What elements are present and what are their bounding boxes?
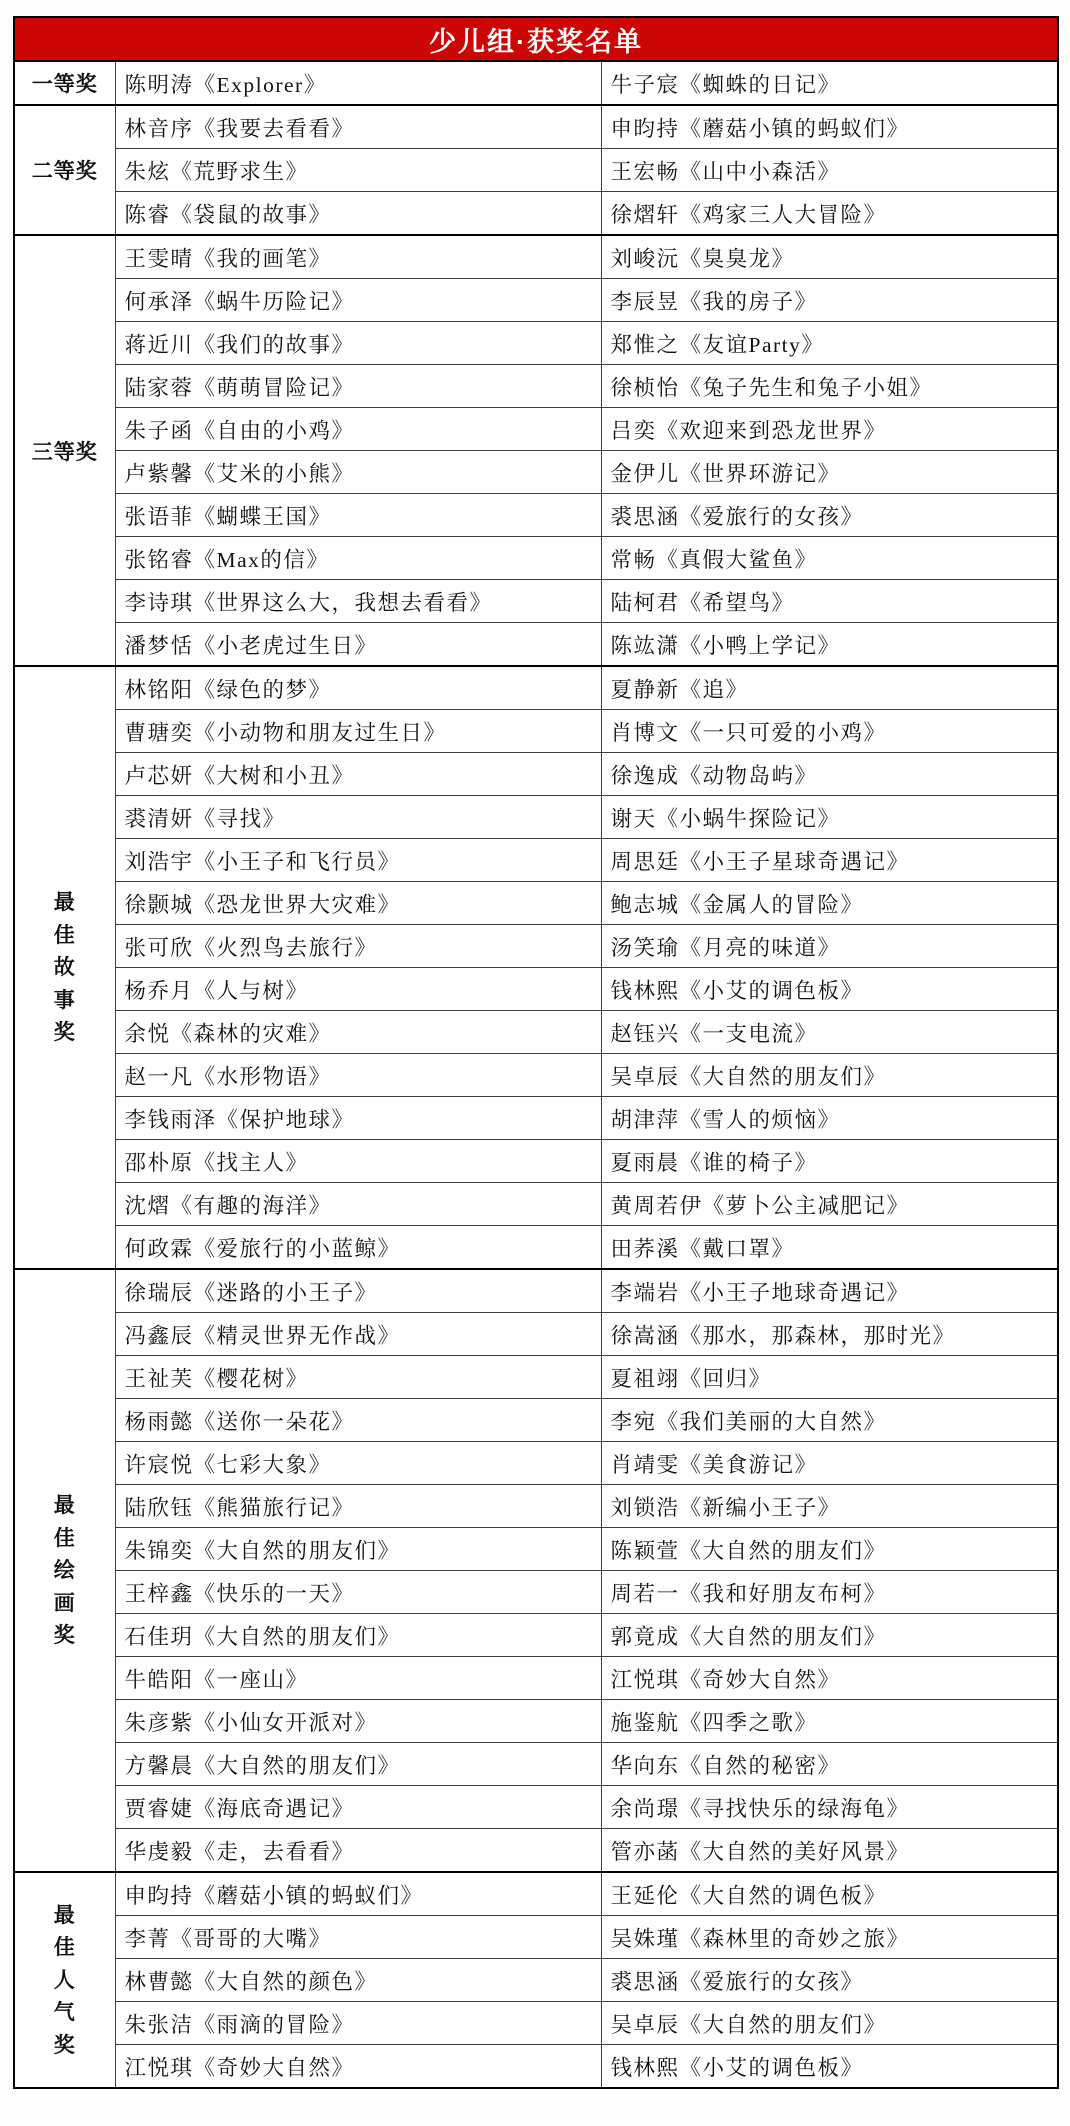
- winner-cell: 牛皓阳《一座山》: [115, 1657, 601, 1700]
- table-row: 余悦《森林的灾难》赵钰兴《一支电流》: [14, 1011, 1058, 1054]
- winner-cell: 胡津萍《雪人的烦恼》: [601, 1097, 1058, 1140]
- award-category-cell: 最佳绘画奖: [14, 1269, 115, 1872]
- winner-cell: 贾睿婕《海底奇遇记》: [115, 1786, 601, 1829]
- winner-cell: 夏祖翊《回归》: [601, 1356, 1058, 1399]
- table-row: 江悦琪《奇妙大自然》钱林熙《小艾的调色板》: [14, 2045, 1058, 2089]
- winner-cell: 王延伦《大自然的调色板》: [601, 1872, 1058, 1916]
- table-row: 朱锦奕《大自然的朋友们》陈颖萱《大自然的朋友们》: [14, 1528, 1058, 1571]
- winner-cell: 王宏畅《山中小森活》: [601, 149, 1058, 192]
- winner-cell: 朱张洁《雨滴的冒险》: [115, 2002, 601, 2045]
- winner-cell: 李诗琪《世界这么大，我想去看看》: [115, 580, 601, 623]
- winner-cell: 华向东《自然的秘密》: [601, 1743, 1058, 1786]
- table-row: 牛皓阳《一座山》江悦琪《奇妙大自然》: [14, 1657, 1058, 1700]
- winner-cell: 江悦琪《奇妙大自然》: [115, 2045, 601, 2089]
- table-row: 卢芯妍《大树和小丑》徐逸成《动物岛屿》: [14, 753, 1058, 796]
- winner-cell: 方馨晨《大自然的朋友们》: [115, 1743, 601, 1786]
- winner-cell: 陈睿《袋鼠的故事》: [115, 192, 601, 236]
- winner-cell: 申昀持《蘑菇小镇的蚂蚁们》: [601, 105, 1058, 149]
- winner-cell: 石佳玥《大自然的朋友们》: [115, 1614, 601, 1657]
- winner-cell: 刘锁浩《新编小王子》: [601, 1485, 1058, 1528]
- winner-cell: 钱林熙《小艾的调色板》: [601, 968, 1058, 1011]
- winner-cell: 余尚璟《寻找快乐的绿海龟》: [601, 1786, 1058, 1829]
- table-row: 最佳故事奖林铭阳《绿色的梦》夏静新《追》: [14, 666, 1058, 710]
- winner-cell: 朱子函《自由的小鸡》: [115, 408, 601, 451]
- winner-cell: 朱锦奕《大自然的朋友们》: [115, 1528, 601, 1571]
- winner-cell: 华虔毅《走，去看看》: [115, 1829, 601, 1873]
- winner-cell: 郑惟之《友谊Party》: [601, 322, 1058, 365]
- winner-cell: 陆家蓉《萌萌冒险记》: [115, 365, 601, 408]
- table-row: 曹瑭奕《小动物和朋友过生日》肖博文《一只可爱的小鸡》: [14, 710, 1058, 753]
- winner-cell: 林音序《我要去看看》: [115, 105, 601, 149]
- table-row: 邵朴原《找主人》夏雨晨《谁的椅子》: [14, 1140, 1058, 1183]
- winner-cell: 刘峻沅《臭臭龙》: [601, 235, 1058, 279]
- winner-cell: 朱炫《荒野求生》: [115, 149, 601, 192]
- table-row: 朱彦紫《小仙女开派对》施鉴航《四季之歌》: [14, 1700, 1058, 1743]
- award-category-cell: 三等奖: [14, 235, 115, 666]
- winner-cell: 牛子宸《蜘蛛的日记》: [601, 61, 1058, 105]
- winner-cell: 李端岩《小王子地球奇遇记》: [601, 1269, 1058, 1313]
- winner-cell: 李辰昱《我的房子》: [601, 279, 1058, 322]
- title-row: 少儿组·获奖名单: [14, 17, 1058, 61]
- winner-cell: 张铭睿《Max的信》: [115, 537, 601, 580]
- table-row: 许宸悦《七彩大象》肖靖雯《美食游记》: [14, 1442, 1058, 1485]
- winner-cell: 夏雨晨《谁的椅子》: [601, 1140, 1058, 1183]
- winner-cell: 周若一《我和好朋友布柯》: [601, 1571, 1058, 1614]
- winner-cell: 徐桢怡《兔子先生和兔子小姐》: [601, 365, 1058, 408]
- table-row: 三等奖王雯晴《我的画笔》刘峻沅《臭臭龙》: [14, 235, 1058, 279]
- award-category-label: 最佳人气奖: [53, 1899, 76, 2062]
- winner-cell: 林铭阳《绿色的梦》: [115, 666, 601, 710]
- table-row: 张铭睿《Max的信》常畅《真假大鲨鱼》: [14, 537, 1058, 580]
- winner-cell: 杨雨懿《送你一朵花》: [115, 1399, 601, 1442]
- winner-cell: 金伊儿《世界环游记》: [601, 451, 1058, 494]
- winner-cell: 管亦菡《大自然的美好风景》: [601, 1829, 1058, 1873]
- winner-cell: 汤笑瑜《月亮的味道》: [601, 925, 1058, 968]
- winner-cell: 陆欣钰《熊猫旅行记》: [115, 1485, 601, 1528]
- winner-cell: 李钱雨泽《保护地球》: [115, 1097, 601, 1140]
- winner-cell: 沈熠《有趣的海洋》: [115, 1183, 601, 1226]
- table-row: 王梓鑫《快乐的一天》周若一《我和好朋友布柯》: [14, 1571, 1058, 1614]
- winner-cell: 黄周若伊《萝卜公主减肥记》: [601, 1183, 1058, 1226]
- winner-cell: 赵钰兴《一支电流》: [601, 1011, 1058, 1054]
- winner-cell: 裘清妍《寻找》: [115, 796, 601, 839]
- award-category-label: 一等奖: [32, 72, 98, 96]
- table-row: 陆家蓉《萌萌冒险记》徐桢怡《兔子先生和兔子小姐》: [14, 365, 1058, 408]
- winner-cell: 陈明涛《Explorer》: [115, 61, 601, 105]
- table-row: 一等奖陈明涛《Explorer》牛子宸《蜘蛛的日记》: [14, 61, 1058, 105]
- winner-cell: 徐逸成《动物岛屿》: [601, 753, 1058, 796]
- winner-cell: 徐颢城《恐龙世界大灾难》: [115, 882, 601, 925]
- award-category-label: 最佳故事奖: [53, 886, 76, 1049]
- table-row: 石佳玥《大自然的朋友们》郭竟成《大自然的朋友们》: [14, 1614, 1058, 1657]
- table-row: 贾睿婕《海底奇遇记》余尚璟《寻找快乐的绿海龟》: [14, 1786, 1058, 1829]
- winner-cell: 卢芯妍《大树和小丑》: [115, 753, 601, 796]
- winner-cell: 曹瑭奕《小动物和朋友过生日》: [115, 710, 601, 753]
- table-row: 徐颢城《恐龙世界大灾难》鲍志城《金属人的冒险》: [14, 882, 1058, 925]
- table-row: 李菁《哥哥的大嘴》吴姝瑾《森林里的奇妙之旅》: [14, 1916, 1058, 1959]
- winner-cell: 肖博文《一只可爱的小鸡》: [601, 710, 1058, 753]
- table-row: 杨乔月《人与树》钱林熙《小艾的调色板》: [14, 968, 1058, 1011]
- table-row: 杨雨懿《送你一朵花》李宛《我们美丽的大自然》: [14, 1399, 1058, 1442]
- winner-cell: 林曹懿《大自然的颜色》: [115, 1959, 601, 2002]
- winner-cell: 朱彦紫《小仙女开派对》: [115, 1700, 601, 1743]
- table-row: 二等奖林音序《我要去看看》申昀持《蘑菇小镇的蚂蚁们》: [14, 105, 1058, 149]
- winner-cell: 王梓鑫《快乐的一天》: [115, 1571, 601, 1614]
- winner-cell: 吴卓辰《大自然的朋友们》: [601, 2002, 1058, 2045]
- table-row: 陈睿《袋鼠的故事》徐熠轩《鸡家三人大冒险》: [14, 192, 1058, 236]
- winner-cell: 吴姝瑾《森林里的奇妙之旅》: [601, 1916, 1058, 1959]
- award-category-label: 三等奖: [32, 440, 98, 464]
- award-category-label: 最佳绘画奖: [53, 1489, 76, 1652]
- table-row: 李钱雨泽《保护地球》胡津萍《雪人的烦恼》: [14, 1097, 1058, 1140]
- award-category-cell: 二等奖: [14, 105, 115, 235]
- table-row: 裘清妍《寻找》谢天《小蜗牛探险记》: [14, 796, 1058, 839]
- winner-cell: 何承泽《蜗牛历险记》: [115, 279, 601, 322]
- table-row: 林曹懿《大自然的颜色》裘思涵《爱旅行的女孩》: [14, 1959, 1058, 2002]
- table-row: 赵一凡《水形物语》吴卓辰《大自然的朋友们》: [14, 1054, 1058, 1097]
- table-row: 卢紫馨《艾米的小熊》金伊儿《世界环游记》: [14, 451, 1058, 494]
- table-row: 张可欣《火烈鸟去旅行》汤笑瑜《月亮的味道》: [14, 925, 1058, 968]
- winner-cell: 李宛《我们美丽的大自然》: [601, 1399, 1058, 1442]
- table-title: 少儿组·获奖名单: [14, 17, 1058, 61]
- table-body: 一等奖陈明涛《Explorer》牛子宸《蜘蛛的日记》二等奖林音序《我要去看看》申…: [14, 61, 1058, 2088]
- table-row: 方馨晨《大自然的朋友们》华向东《自然的秘密》: [14, 1743, 1058, 1786]
- winner-cell: 谢天《小蜗牛探险记》: [601, 796, 1058, 839]
- award-category-cell: 最佳人气奖: [14, 1872, 115, 2088]
- winner-cell: 鲍志城《金属人的冒险》: [601, 882, 1058, 925]
- winner-cell: 吴卓辰《大自然的朋友们》: [601, 1054, 1058, 1097]
- winner-cell: 肖靖雯《美食游记》: [601, 1442, 1058, 1485]
- winner-cell: 潘梦恬《小老虎过生日》: [115, 623, 601, 667]
- table-row: 刘浩宇《小王子和飞行员》周思廷《小王子星球奇遇记》: [14, 839, 1058, 882]
- winner-cell: 郭竟成《大自然的朋友们》: [601, 1614, 1058, 1657]
- winner-cell: 周思廷《小王子星球奇遇记》: [601, 839, 1058, 882]
- winner-cell: 申昀持《蘑菇小镇的蚂蚁们》: [115, 1872, 601, 1916]
- winner-cell: 陈颖萱《大自然的朋友们》: [601, 1528, 1058, 1571]
- table-row: 华虔毅《走，去看看》管亦菡《大自然的美好风景》: [14, 1829, 1058, 1873]
- winner-cell: 王雯晴《我的画笔》: [115, 235, 601, 279]
- winner-cell: 邵朴原《找主人》: [115, 1140, 601, 1183]
- winner-cell: 裘思涵《爱旅行的女孩》: [601, 1959, 1058, 2002]
- winner-cell: 施鉴航《四季之歌》: [601, 1700, 1058, 1743]
- table-row: 朱张洁《雨滴的冒险》吴卓辰《大自然的朋友们》: [14, 2002, 1058, 2045]
- winner-cell: 徐嵩涵《那水，那森林，那时光》: [601, 1313, 1058, 1356]
- table-row: 李诗琪《世界这么大，我想去看看》陆柯君《希望鸟》: [14, 580, 1058, 623]
- winner-cell: 王祉芙《樱花树》: [115, 1356, 601, 1399]
- award-list-page: 少儿组·获奖名单 一等奖陈明涛《Explorer》牛子宸《蜘蛛的日记》二等奖林音…: [0, 0, 1070, 2126]
- winner-cell: 何政霖《爱旅行的小蓝鲸》: [115, 1226, 601, 1270]
- table-row: 最佳绘画奖徐瑞辰《迷路的小王子》李端岩《小王子地球奇遇记》: [14, 1269, 1058, 1313]
- table-row: 最佳人气奖申昀持《蘑菇小镇的蚂蚁们》王延伦《大自然的调色板》: [14, 1872, 1058, 1916]
- award-category-label: 二等奖: [32, 159, 98, 183]
- winner-cell: 许宸悦《七彩大象》: [115, 1442, 601, 1485]
- table-row: 朱炫《荒野求生》王宏畅《山中小森活》: [14, 149, 1058, 192]
- winner-cell: 张可欣《火烈鸟去旅行》: [115, 925, 601, 968]
- winner-cell: 卢紫馨《艾米的小熊》: [115, 451, 601, 494]
- table-row: 陆欣钰《熊猫旅行记》刘锁浩《新编小王子》: [14, 1485, 1058, 1528]
- award-category-cell: 最佳故事奖: [14, 666, 115, 1269]
- table-row: 沈熠《有趣的海洋》黄周若伊《萝卜公主减肥记》: [14, 1183, 1058, 1226]
- winner-cell: 徐熠轩《鸡家三人大冒险》: [601, 192, 1058, 236]
- winner-cell: 江悦琪《奇妙大自然》: [601, 1657, 1058, 1700]
- table-row: 冯鑫辰《精灵世界无作战》徐嵩涵《那水，那森林，那时光》: [14, 1313, 1058, 1356]
- table-row: 何政霖《爱旅行的小蓝鲸》田荞溪《戴口罩》: [14, 1226, 1058, 1270]
- winner-cell: 钱林熙《小艾的调色板》: [601, 2045, 1058, 2089]
- winner-cell: 徐瑞辰《迷路的小王子》: [115, 1269, 601, 1313]
- winner-cell: 蒋近川《我们的故事》: [115, 322, 601, 365]
- winner-cell: 余悦《森林的灾难》: [115, 1011, 601, 1054]
- winner-cell: 冯鑫辰《精灵世界无作战》: [115, 1313, 601, 1356]
- winner-cell: 陈竑潇《小鸭上学记》: [601, 623, 1058, 667]
- winner-cell: 田荞溪《戴口罩》: [601, 1226, 1058, 1270]
- winner-cell: 李菁《哥哥的大嘴》: [115, 1916, 601, 1959]
- winner-cell: 张语菲《蝴蝶王国》: [115, 494, 601, 537]
- winner-cell: 吕奕《欢迎来到恐龙世界》: [601, 408, 1058, 451]
- award-category-cell: 一等奖: [14, 61, 115, 105]
- table-row: 张语菲《蝴蝶王国》裘思涵《爱旅行的女孩》: [14, 494, 1058, 537]
- winner-cell: 赵一凡《水形物语》: [115, 1054, 601, 1097]
- table-row: 朱子函《自由的小鸡》吕奕《欢迎来到恐龙世界》: [14, 408, 1058, 451]
- winner-cell: 裘思涵《爱旅行的女孩》: [601, 494, 1058, 537]
- winner-cell: 陆柯君《希望鸟》: [601, 580, 1058, 623]
- table-row: 王祉芙《樱花树》夏祖翊《回归》: [14, 1356, 1058, 1399]
- awards-table: 少儿组·获奖名单 一等奖陈明涛《Explorer》牛子宸《蜘蛛的日记》二等奖林音…: [13, 16, 1059, 2089]
- table-row: 何承泽《蜗牛历险记》李辰昱《我的房子》: [14, 279, 1058, 322]
- winner-cell: 杨乔月《人与树》: [115, 968, 601, 1011]
- winner-cell: 夏静新《追》: [601, 666, 1058, 710]
- winner-cell: 常畅《真假大鲨鱼》: [601, 537, 1058, 580]
- winner-cell: 刘浩宇《小王子和飞行员》: [115, 839, 601, 882]
- table-row: 潘梦恬《小老虎过生日》陈竑潇《小鸭上学记》: [14, 623, 1058, 667]
- table-row: 蒋近川《我们的故事》郑惟之《友谊Party》: [14, 322, 1058, 365]
